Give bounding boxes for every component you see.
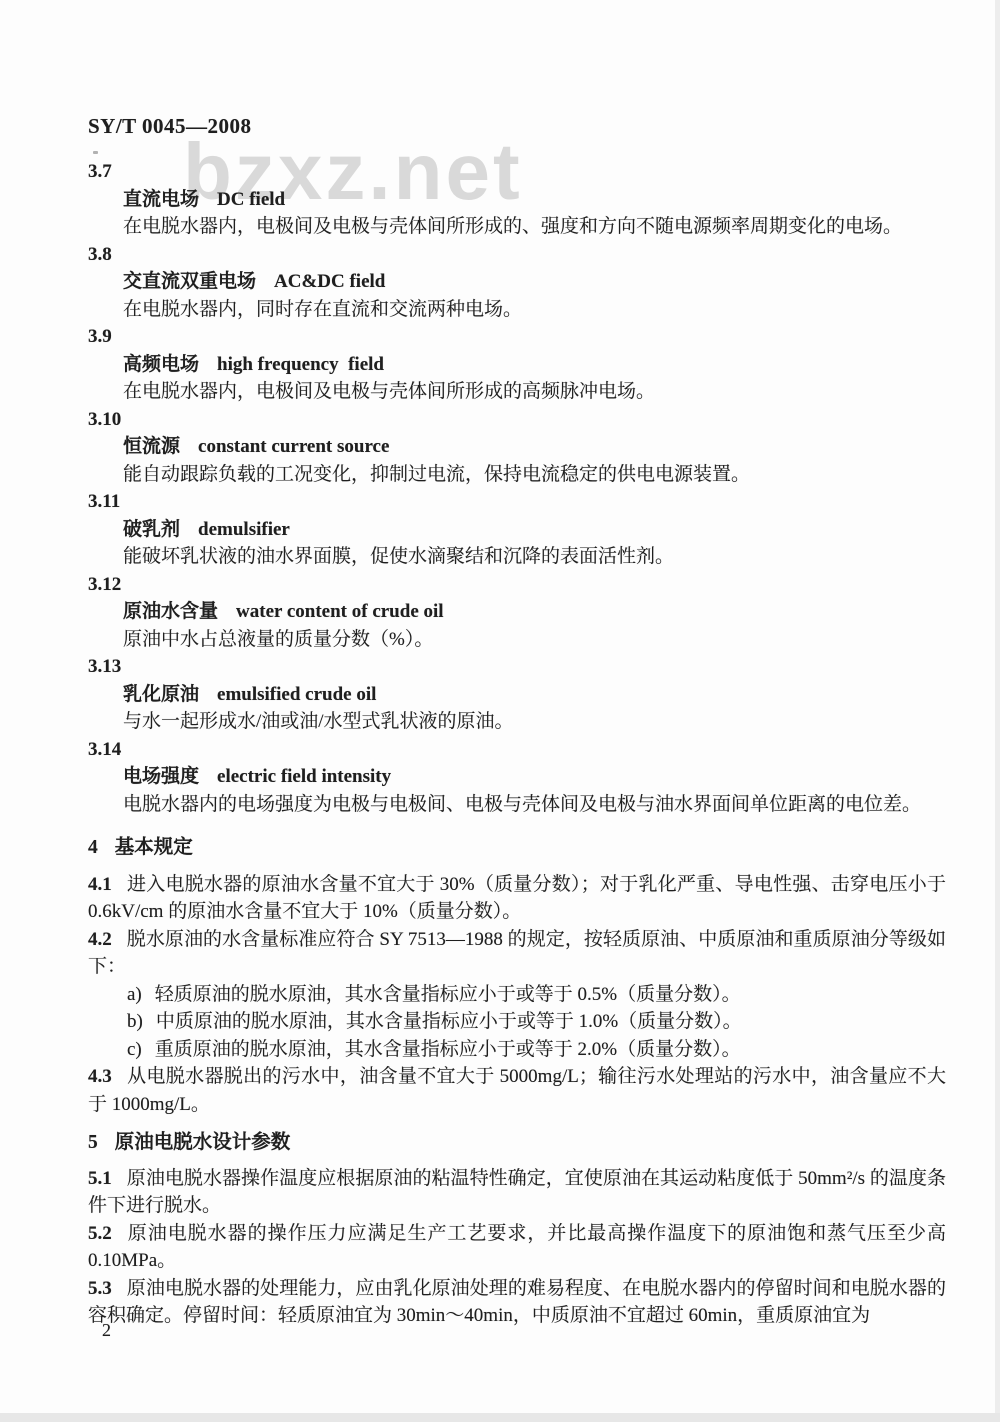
- section-4-title: 基本规定: [115, 837, 193, 858]
- definition-number: 3.9: [88, 323, 946, 351]
- clause-paragraph: 5.1原油电脱水器操作温度应根据原油的粘温特性确定，宜使原油在其运动粘度低于 5…: [88, 1165, 946, 1220]
- definitions-section: 3.7 直流电场DC field 在电脱水器内，电极间及电极与壳体间所形成的、强…: [88, 158, 946, 818]
- clause-text: 进入电脱水器的原油水含量不宜大于 30%（质量分数）；对于乳化严重、导电性强、击…: [88, 874, 946, 923]
- scan-edge-bottom: [0, 1413, 1000, 1422]
- term-line: 交直流双重电场AC&DC field: [123, 268, 946, 296]
- definition-item: 3.12 原油水含量water content of crude oil 原油中…: [88, 571, 946, 654]
- term-chinese: 直流电场: [123, 189, 199, 210]
- section-4-clauses-after-list: 4.3从电脱水器脱出的污水中，油含量不宜大于 5000mg/L；输往污水处理站的…: [88, 1063, 946, 1118]
- page-number: 2: [102, 1320, 111, 1341]
- term-english: AC&DC field: [274, 271, 385, 292]
- clause-number: 4.1: [88, 874, 112, 895]
- section-5-clauses: 5.1原油电脱水器操作温度应根据原油的粘温特性确定，宜使原油在其运动粘度低于 5…: [88, 1165, 946, 1330]
- term-line: 乳化原油emulsified crude oil: [123, 681, 946, 709]
- definition-number: 3.7: [88, 158, 946, 186]
- term-chinese: 原油水含量: [123, 601, 218, 622]
- term-line: 直流电场DC field: [123, 186, 946, 214]
- page-content: 3.7 直流电场DC field 在电脱水器内，电极间及电极与壳体间所形成的、强…: [88, 0, 946, 1330]
- definition-number: 3.13: [88, 653, 946, 681]
- list-item-text: 轻质原油的脱水原油，其水含量指标应小于或等于 0.5%（质量分数）。: [155, 984, 741, 1005]
- definition-text: 在电脱水器内，电极间及电极与壳体间所形成的高频脉冲电场。: [123, 378, 946, 406]
- term-english: DC field: [217, 189, 285, 210]
- definition-item: 3.14 电场强度electric field intensity 电脱水器内的…: [88, 736, 946, 819]
- clause-text: 脱水原油的水含量标准应符合 SY 7513—1988 的规定，按轻质原油、中质原…: [88, 929, 946, 978]
- term-english: electric field intensity: [217, 766, 391, 787]
- clause-number: 5.2: [88, 1223, 112, 1244]
- clause-paragraph: 5.2原油电脱水器的操作压力应满足生产工艺要求，并比最高操作温度下的原油饱和蒸气…: [88, 1220, 946, 1275]
- section-4-list: a)轻质原油的脱水原油，其水含量指标应小于或等于 0.5%（质量分数）。 b)中…: [88, 981, 946, 1064]
- term-chinese: 破乳剂: [123, 519, 180, 540]
- definition-item: 3.7 直流电场DC field 在电脱水器内，电极间及电极与壳体间所形成的、强…: [88, 158, 946, 241]
- clause-number: 4.3: [88, 1066, 112, 1087]
- clause-paragraph: 4.1进入电脱水器的原油水含量不宜大于 30%（质量分数）；对于乳化严重、导电性…: [88, 871, 946, 926]
- term-english: water content of crude oil: [236, 601, 444, 622]
- term-chinese: 高频电场: [123, 354, 199, 375]
- scan-edge-right: [995, 0, 1000, 1422]
- clause-paragraph: 4.3从电脱水器脱出的污水中，油含量不宜大于 5000mg/L；输往污水处理站的…: [88, 1063, 946, 1118]
- definition-text: 在电脱水器内，电极间及电极与壳体间所形成的、强度和方向不随电源频率周期变化的电场…: [123, 213, 946, 241]
- definition-text: 电脱水器内的电场强度为电极与电极间、电极与壳体间及电极与油水界面间单位距离的电位…: [123, 791, 946, 819]
- definition-text: 原油中水占总液量的质量分数（%）。: [123, 626, 946, 654]
- term-english: constant current source: [198, 436, 389, 457]
- definition-number: 3.12: [88, 571, 946, 599]
- clause-paragraph: 5.3原油电脱水器的处理能力，应由乳化原油处理的难易程度、在电脱水器内的停留时间…: [88, 1275, 946, 1330]
- clause-number: 4.2: [88, 929, 112, 950]
- term-line: 原油水含量water content of crude oil: [123, 598, 946, 626]
- list-item: a)轻质原油的脱水原油，其水含量指标应小于或等于 0.5%（质量分数）。: [127, 981, 946, 1009]
- term-line: 电场强度electric field intensity: [123, 763, 946, 791]
- term-chinese: 乳化原油: [123, 684, 199, 705]
- term-line: 破乳剂demulsifier: [123, 516, 946, 544]
- list-item-text: 重质原油的脱水原油，其水含量指标应小于或等于 2.0%（质量分数）。: [155, 1039, 741, 1060]
- list-item-text: 中质原油的脱水原油，其水含量指标应小于或等于 1.0%（质量分数）。: [156, 1011, 742, 1032]
- document-page: bzxz.net SY/T 0045—2008 3.7 直流电场DC field…: [0, 0, 1000, 1422]
- term-chinese: 恒流源: [123, 436, 180, 457]
- definition-number: 3.14: [88, 736, 946, 764]
- definition-item: 3.8 交直流双重电场AC&DC field 在电脱水器内，同时存在直流和交流两…: [88, 241, 946, 324]
- term-english: emulsified crude oil: [217, 684, 376, 705]
- definition-item: 3.11 破乳剂demulsifier 能破坏乳状液的油水界面膜，促使水滴聚结和…: [88, 488, 946, 571]
- definition-text: 能自动跟踪负载的工况变化，抑制过电流，保持电流稳定的供电电源装置。: [123, 461, 946, 489]
- definition-item: 3.13 乳化原油emulsified crude oil 与水一起形成水/油或…: [88, 653, 946, 736]
- term-english: high frequency field: [217, 354, 384, 375]
- clause-text: 原油电脱水器的处理能力，应由乳化原油处理的难易程度、在电脱水器内的停留时间和电脱…: [88, 1278, 946, 1327]
- definition-number: 3.11: [88, 488, 946, 516]
- section-4-number: 4: [88, 837, 98, 858]
- definition-text: 在电脱水器内，同时存在直流和交流两种电场。: [123, 296, 946, 324]
- term-english: demulsifier: [198, 519, 290, 540]
- list-item-label: c): [127, 1039, 142, 1060]
- definition-item: 3.10 恒流源constant current source 能自动跟踪负载的…: [88, 406, 946, 489]
- clause-text: 原油电脱水器的操作压力应满足生产工艺要求，并比最高操作温度下的原油饱和蒸气压至少…: [88, 1223, 946, 1272]
- list-item-label: a): [127, 984, 142, 1005]
- section-5-number: 5: [88, 1132, 98, 1153]
- definition-number: 3.8: [88, 241, 946, 269]
- definition-text: 能破坏乳状液的油水界面膜，促使水滴聚结和沉降的表面活性剂。: [123, 543, 946, 571]
- definition-text: 与水一起形成水/油或油/水型式乳状液的原油。: [123, 708, 946, 736]
- term-chinese: 交直流双重电场: [123, 271, 256, 292]
- clause-text: 从电脱水器脱出的污水中，油含量不宜大于 5000mg/L；输往污水处理站的污水中…: [88, 1066, 946, 1115]
- list-item: b)中质原油的脱水原油，其水含量指标应小于或等于 1.0%（质量分数）。: [127, 1008, 946, 1036]
- list-item: c)重质原油的脱水原油，其水含量指标应小于或等于 2.0%（质量分数）。: [127, 1036, 946, 1064]
- clause-paragraph: 4.2脱水原油的水含量标准应符合 SY 7513—1988 的规定，按轻质原油、…: [88, 926, 946, 981]
- section-5-heading: 5原油电脱水设计参数: [88, 1129, 946, 1157]
- section-4-clauses: 4.1进入电脱水器的原油水含量不宜大于 30%（质量分数）；对于乳化严重、导电性…: [88, 871, 946, 981]
- clause-number: 5.1: [88, 1168, 112, 1189]
- term-chinese: 电场强度: [123, 766, 199, 787]
- term-line: 恒流源constant current source: [123, 433, 946, 461]
- list-item-label: b): [127, 1011, 143, 1032]
- definition-item: 3.9 高频电场high frequency field 在电脱水器内，电极间及…: [88, 323, 946, 406]
- section-4-heading: 4基本规定: [88, 834, 946, 862]
- definition-number: 3.10: [88, 406, 946, 434]
- clause-text: 原油电脱水器操作温度应根据原油的粘温特性确定，宜使原油在其运动粘度低于 50mm…: [88, 1168, 946, 1217]
- term-line: 高频电场high frequency field: [123, 351, 946, 379]
- section-5-title: 原油电脱水设计参数: [115, 1132, 291, 1153]
- clause-number: 5.3: [88, 1278, 112, 1299]
